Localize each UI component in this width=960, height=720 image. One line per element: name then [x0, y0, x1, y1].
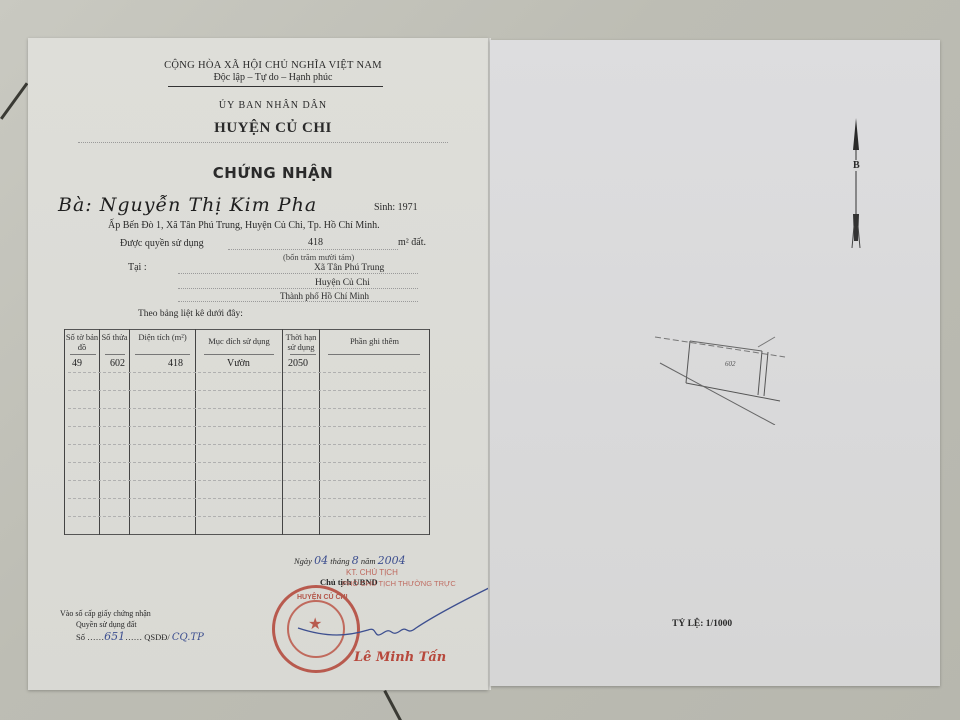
cell-map-sheet: 49 [72, 358, 82, 369]
floor-seam-line-bottom [383, 690, 404, 720]
north-label: B [853, 160, 860, 171]
header-notes: Phần ghi thêm [320, 336, 429, 346]
motto: Độc lập – Tự do – Hạnh phúc [148, 72, 398, 83]
location-dotted-line-1 [178, 273, 418, 274]
date-month-label: tháng [330, 556, 349, 566]
holder-name: Bà: Nguyễn Thị Kim Pha [58, 194, 317, 216]
dotted-divider [78, 142, 448, 143]
header-parcel-no: Số thửa [100, 332, 129, 342]
plot-sketch-diagram [650, 325, 790, 425]
registry-suffix: QSDĐ/ [144, 632, 170, 642]
date-year: 2004 [378, 554, 406, 567]
list-intro: Theo bảng liệt kê dưới đây: [138, 309, 243, 319]
location-label: Tại : [128, 262, 147, 273]
district-title: HUYỆN CỦ CHI [148, 120, 398, 137]
authority-label: ỦY BAN NHÂN DÂN [148, 100, 398, 111]
cell-parcel-no: 602 [110, 358, 125, 369]
date-month: 8 [352, 554, 359, 567]
national-header: CỘNG HÒA XÃ HỘI CHỦ NGHĨA VIỆT NAM [148, 60, 398, 71]
certificate-right-page: B 602 TỶ LỆ: 1/1000 [490, 40, 940, 686]
header-area: Diện tích (m²) [130, 332, 195, 342]
map-scale: TỶ LỆ: 1/1000 [672, 619, 732, 629]
date-day: 04 [314, 554, 328, 567]
date-prefix: Ngày [294, 556, 312, 566]
cell-term: 2050 [288, 358, 308, 369]
registry-code: CQ.TP [172, 632, 204, 643]
area-unit: m² đất. [398, 237, 426, 248]
header-map-sheet: Số tờ bản đồ [65, 332, 99, 352]
area-label: Được quyền sử dụng [120, 238, 204, 249]
header-rule [168, 86, 383, 87]
registry-line-2: Quyền sử dụng đất [76, 620, 137, 629]
cell-area: 418 [168, 358, 183, 369]
birth-year: Sinh: 1971 [374, 202, 418, 213]
signer-title-stamp: KT. CHỦ TỊCH [346, 568, 398, 577]
registry-line-1: Vào số cấp giấy chứng nhận [60, 609, 151, 618]
area-in-words: (bốn trăm mười tám) [283, 252, 354, 262]
cell-purpose: Vườn [227, 358, 250, 369]
registry-prefix: Số [76, 632, 85, 642]
registry-number: 651 [104, 630, 125, 643]
certificate-left-page: CỘNG HÒA XÃ HỘI CHỦ NGHĨA VIỆT NAM Độc l… [28, 38, 488, 690]
area-value: 418 [308, 237, 323, 248]
floor-seam-line [0, 82, 28, 119]
location-dotted-line-2 [178, 288, 418, 289]
header-term: Thời hạn sử dụng [283, 332, 319, 352]
signer-name: Lê Minh Tấn [354, 650, 446, 665]
holder-address: Ấp Bến Đò 1, Xã Tân Phú Trung, Huyện Củ … [108, 220, 380, 231]
plot-number-label: 602 [725, 360, 736, 368]
area-dotted-line [228, 249, 398, 250]
date-line: Ngày 04 tháng 8 năm 2004 [294, 554, 406, 567]
registry-number-line: Số ……651…… QSDĐ/ CQ.TP [76, 630, 204, 643]
header-purpose: Mục đích sử dụng [196, 336, 282, 346]
location-dotted-line-3 [178, 301, 418, 302]
location-commune: Xã Tân Phú Trung [314, 263, 384, 273]
north-arrow-icon [846, 116, 866, 251]
signature-scribble [278, 578, 508, 648]
date-year-label: năm [361, 556, 376, 566]
certificate-title: CHỨNG NHẬN [148, 164, 398, 182]
location-district: Huyện Củ Chi [315, 278, 370, 288]
location-city: Thành phố Hồ Chí Minh [280, 291, 369, 301]
